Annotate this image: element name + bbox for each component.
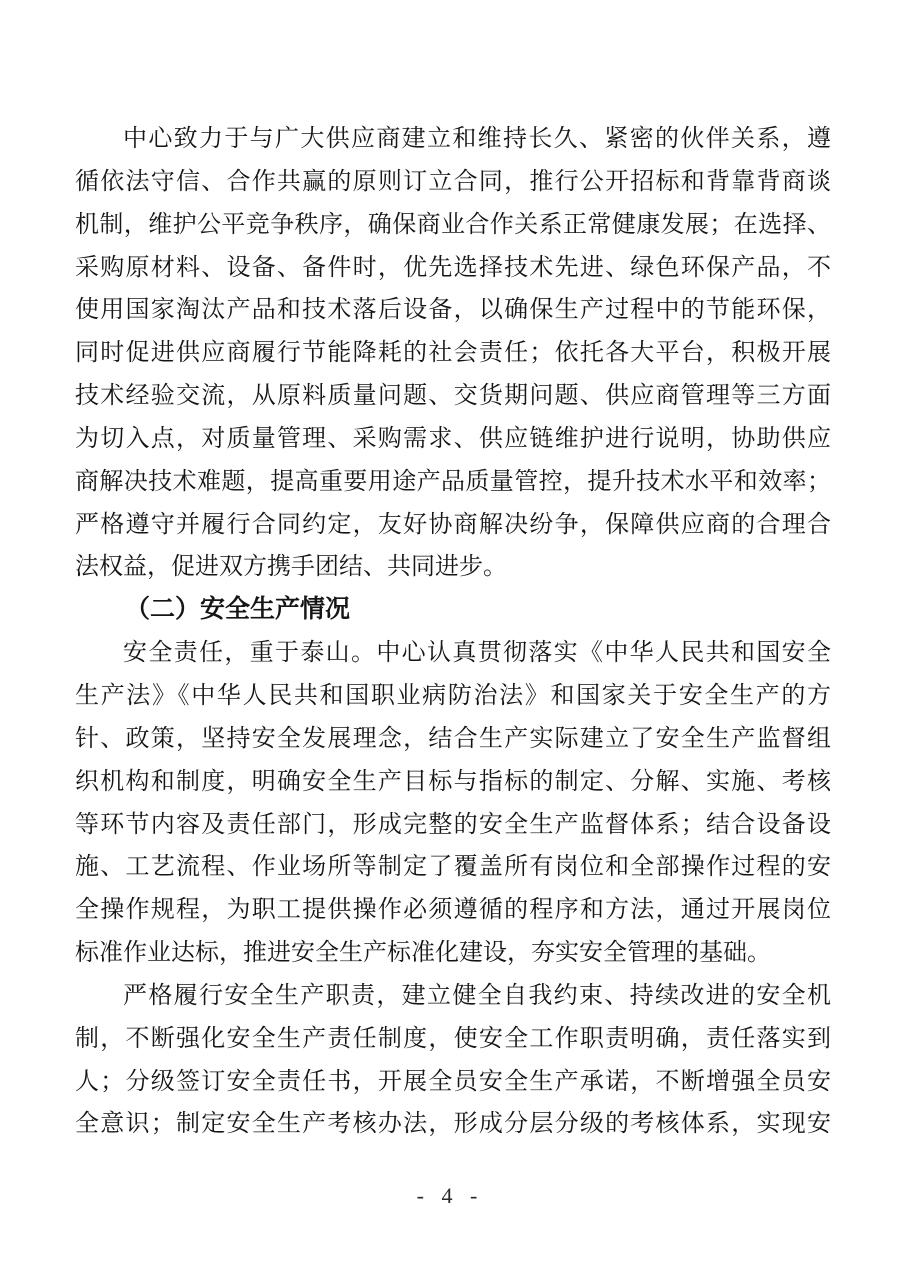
- text-line: 循依法守信、合作共赢的原则订立合同，推行公开招标和背靠背商谈: [75, 161, 831, 204]
- text-line: 严格履行安全生产职责，建立健全自我约束、持续改进的安全机: [75, 975, 831, 1018]
- text-line: 针、政策，坚持安全发展理念，结合生产实际建立了安全生产监督组: [75, 718, 831, 761]
- text-line: 技术经验交流，从原料质量问题、交货期问题、供应商管理等三方面: [75, 375, 831, 418]
- page-number: - 4 -: [0, 1180, 900, 1212]
- text-line: 法权益，促进双方携手团结、共同进步。: [75, 546, 831, 589]
- text-line: 严格遵守并履行合同约定，友好协商解决纷争，保障供应商的合理合: [75, 504, 831, 547]
- text-line: 商解决技术难题，提高重要用途产品质量管控，提升技术水平和效率；: [75, 461, 831, 504]
- text-line: 生产法》《中华人民共和国职业病防治法》和国家关于安全生产的方: [75, 675, 831, 718]
- page-body: 中心致力于与广大供应商建立和维持长久、紧密的伙伴关系，遵循依法守信、合作共赢的原…: [75, 118, 831, 1146]
- paragraph-supplier-partnership: 中心致力于与广大供应商建立和维持长久、紧密的伙伴关系，遵循依法守信、合作共赢的原…: [75, 118, 831, 589]
- text-line: 中心致力于与广大供应商建立和维持长久、紧密的伙伴关系，遵: [75, 118, 831, 161]
- text-line: 安全责任，重于泰山。中心认真贯彻落实《中华人民共和国安全: [75, 632, 831, 675]
- text-line: 制，不断强化安全生产责任制度，使安全工作职责明确，责任落实到: [75, 1018, 831, 1061]
- text-line: 机制，维护公平竞争秩序，确保商业合作关系正常健康发展；在选择、: [75, 204, 831, 247]
- text-line: 使用国家淘汰产品和技术落后设备，以确保生产过程中的节能环保，: [75, 289, 831, 332]
- section-heading-safety-production: （二）安全生产情况: [75, 589, 831, 632]
- text-line: 标准作业达标，推进安全生产标准化建设，夯实安全管理的基础。: [75, 932, 831, 975]
- text-line: 人；分级签订安全责任书，开展全员安全生产承诺，不断增强全员安: [75, 1061, 831, 1104]
- document-page: 中心致力于与广大供应商建立和维持长久、紧密的伙伴关系，遵循依法守信、合作共赢的原…: [0, 0, 900, 1273]
- text-line: 全操作规程，为职工提供操作必须遵循的程序和方法，通过开展岗位: [75, 889, 831, 932]
- paragraph-safety-supervision-system: 安全责任，重于泰山。中心认真贯彻落实《中华人民共和国安全生产法》《中华人民共和国…: [75, 632, 831, 975]
- text-line: 采购原材料、设备、备件时，优先选择技术先进、绿色环保产品，不: [75, 247, 831, 290]
- text-line: 织机构和制度，明确安全生产目标与指标的制定、分解、实施、考核: [75, 761, 831, 804]
- text-line: 全意识；制定安全生产考核办法，形成分层分级的考核体系，实现安: [75, 1103, 831, 1146]
- paragraph-safety-responsibility: 严格履行安全生产职责，建立健全自我约束、持续改进的安全机制，不断强化安全生产责任…: [75, 975, 831, 1146]
- text-line: 施、工艺流程、作业场所等制定了覆盖所有岗位和全部操作过程的安: [75, 846, 831, 889]
- text-line: 等环节内容及责任部门，形成完整的安全生产监督体系；结合设备设: [75, 804, 831, 847]
- text-line: 为切入点，对质量管理、采购需求、供应链维护进行说明，协助供应: [75, 418, 831, 461]
- text-line: 同时促进供应商履行节能降耗的社会责任；依托各大平台，积极开展: [75, 332, 831, 375]
